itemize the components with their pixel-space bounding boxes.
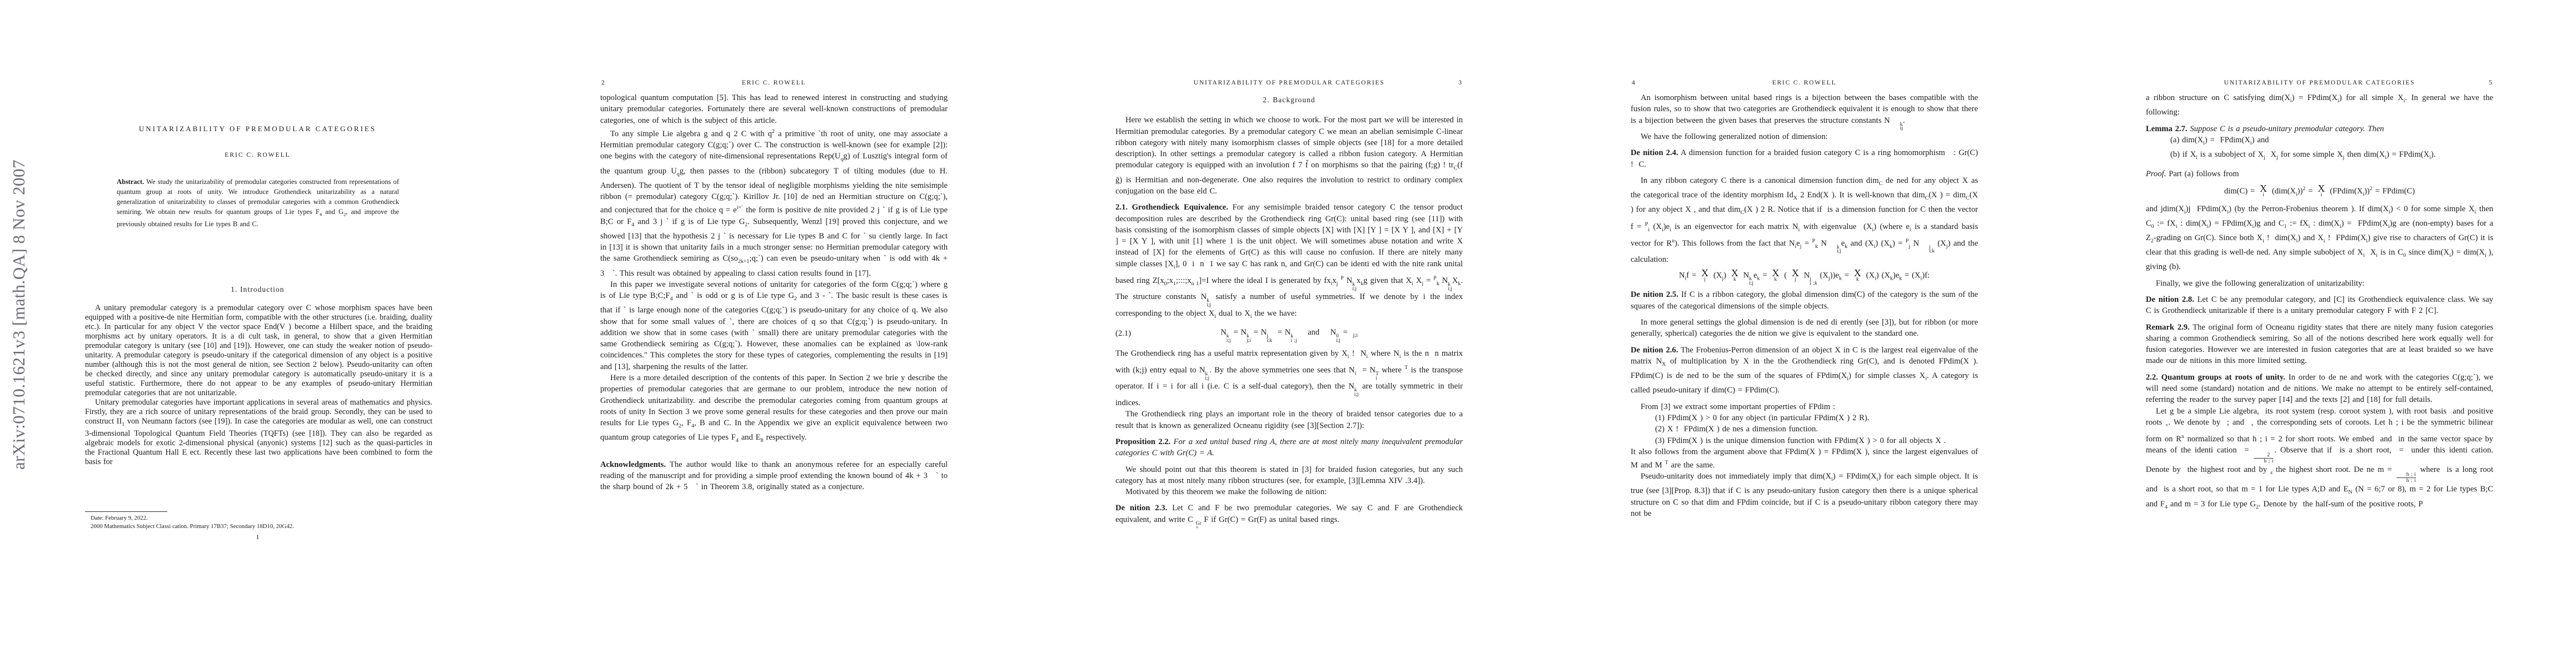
paragraph: The Grothendieck ring plays an important… <box>1115 409 1463 431</box>
page-3: UNITARIZABILITY OF PREMODULAR CATEGORIES… <box>1030 0 1546 667</box>
list-item: (2) X ! FPdim(X ) de nes a dimension fun… <box>1655 424 1978 435</box>
page-5: UNITARIZABILITY OF PREMODULAR CATEGORIES… <box>2061 0 2576 667</box>
equation-body: Nki;j = Nkj;i = Nji;k = Nki ;j and N0i;j… <box>1220 328 1358 337</box>
definition-2-6: De nition 2.6. The Frobenius-Perron dime… <box>1631 345 1978 396</box>
paper-title: UNITARIZABILITY OF PREMODULAR CATEGORIES <box>0 125 515 133</box>
footnote-msc: 2000 Mathematics Subject Classi cation. … <box>85 522 432 531</box>
definition-2-5: De nition 2.5. If C is a ribbon category… <box>1631 289 1978 312</box>
page-4: 4 ERIC C. ROWELL An isomorphism between … <box>1546 0 2061 667</box>
acknowledgments: Acknowledgments. The author would like t… <box>600 459 948 493</box>
list-item: (3) FPdim(X ) is the unique dimension fu… <box>1655 435 1978 446</box>
page-number: 1 <box>0 533 515 541</box>
paragraph: An isomorphism between unital based ring… <box>1631 92 1978 131</box>
display-equation: dim(C) = Xi (dim(Xi))2 = Xi (FPdim(Xi))2… <box>2146 183 2493 200</box>
section-heading-introduction: 1. Introduction <box>0 285 515 294</box>
page-4-body: An isomorphism between unital based ring… <box>1631 92 1978 519</box>
paragraph: A unitary premodular category is a premo… <box>85 303 432 398</box>
abstract: Abstract. We study the unitarizability o… <box>117 177 399 229</box>
page-number: 4 <box>1632 79 1635 86</box>
display-equation: Nif = Xj (Xj) Xk Nki;jek = Xk ( Xj Nji ;… <box>1631 269 1978 286</box>
paragraph: In this paper we investigate several not… <box>600 279 948 372</box>
proof-lead: Proof. Part (a) follows from <box>2146 168 2493 180</box>
section-heading-background: 2. Background <box>1115 94 1463 106</box>
equation-2-1: (2.1) Nki;j = Nkj;i = Nji;k = Nki ;j and… <box>1115 327 1463 344</box>
running-head-title: ERIC C. ROWELL <box>600 79 948 86</box>
footnote-date: Date: February 9, 2022. <box>85 514 432 522</box>
paragraph: Motivated by this theorem we make the fo… <box>1115 486 1463 497</box>
page-2: 2 ERIC C. ROWELL topological quantum com… <box>515 0 1030 667</box>
paragraph: To any simple Lie algebra g and q 2 C wi… <box>600 126 948 279</box>
footnote-block: Date: February 9, 2022. 2000 Mathematics… <box>85 511 432 530</box>
paragraph: In any ribbon category C there is a cano… <box>1631 175 1978 265</box>
page-number: 2 <box>601 79 605 86</box>
paragraph: topological quantum computation [5]. Thi… <box>600 92 948 126</box>
subsection-grothendieck-equivalence: 2.1. Grothendieck Equivalence. For any s… <box>1115 202 1463 322</box>
paragraph: Finally, we give the following generaliz… <box>2146 278 2493 289</box>
page-number: 5 <box>2489 79 2492 86</box>
paragraph: and jdim(Xi)j FPdim(Xi) (by the Perron-F… <box>2146 203 2493 273</box>
page-2-body: topological quantum computation [5]. Thi… <box>600 92 948 493</box>
page-3-body: 2. Background Here we establish the sett… <box>1115 92 1463 530</box>
arxiv-watermark: arXiv:0710.1621v3 [math.QA] 8 Nov 2007 <box>9 161 30 470</box>
definition-2-4: De nition 2.4. A dimension function for … <box>1631 147 1978 170</box>
paragraph: Pseudo-unitarity does not immediately im… <box>1631 471 1978 519</box>
paragraph: It also follows from the argument above … <box>1631 446 1978 471</box>
lemma-item: (b) if Xi is a subobject of Xj Xj for so… <box>2170 149 2493 163</box>
paragraph: Here we establish the setting in which w… <box>1115 115 1463 197</box>
paragraph: Let g be a simple Lie algebra, its root … <box>2146 406 2493 513</box>
paragraph: The Grothendieck ring has a useful matri… <box>1115 348 1463 409</box>
paragraph: We have the following generalized notion… <box>1631 131 1978 142</box>
paper-author: ERIC C. ROWELL <box>0 152 515 158</box>
footnote-rule <box>85 511 167 512</box>
lemma-2-7: Lemma 2.7. Suppose C is a pseudo-unitary… <box>2146 123 2493 135</box>
page-1: arXiv:0710.1621v3 [math.QA] 8 Nov 2007 U… <box>0 0 515 667</box>
running-head-title: UNITARIZABILITY OF PREMODULAR CATEGORIES <box>1115 79 1463 86</box>
running-head-title: UNITARIZABILITY OF PREMODULAR CATEGORIES <box>2146 79 2493 86</box>
page-1-body: A unitary premodular category is a premo… <box>85 303 432 467</box>
list-item: (1) FPdim(X ) > 0 for any object (in par… <box>1655 412 1978 424</box>
definition-2-8: De nition 2.8. Let C be any premodular c… <box>2146 294 2493 317</box>
page-number: 3 <box>1458 79 1462 86</box>
remark-2-9: Remark 2.9. The original form of Ocneanu… <box>2146 322 2493 367</box>
running-head-title: ERIC C. ROWELL <box>1631 79 1978 86</box>
paragraph: Here is a more detailed description of t… <box>600 372 948 447</box>
paragraph: In more general settings the global dime… <box>1631 317 1978 340</box>
paragraph: Unitary premodular categories have impor… <box>85 398 432 467</box>
subsection-quantum-groups: 2.2. Quantum groups at roots of unity. I… <box>2146 372 2493 406</box>
running-head: 2 ERIC C. ROWELL <box>600 79 948 86</box>
running-head: UNITARIZABILITY OF PREMODULAR CATEGORIES… <box>2146 79 2493 86</box>
paragraph: We should point out that this theorem is… <box>1115 464 1463 487</box>
paper-spread: { "watermark": {"text": "arXiv:0710.1621… <box>0 0 2576 667</box>
lemma-item: (a) dim(Xi) = FPdim(Xi) and <box>2170 135 2493 149</box>
page-5-body: a ribbon structure on C satisfying dim(X… <box>2146 92 2493 513</box>
equation-label: (2.1) <box>1115 328 1131 339</box>
running-head: 4 ERIC C. ROWELL <box>1631 79 1978 86</box>
running-head: UNITARIZABILITY OF PREMODULAR CATEGORIES… <box>1115 79 1463 86</box>
paragraph: a ribbon structure on C satisfying dim(X… <box>2146 92 2493 118</box>
paragraph: From [3] we extract some important prope… <box>1631 401 1978 412</box>
proposition-2-2: Proposition 2.2. For a xed unital based … <box>1115 436 1463 459</box>
definition-2-3: De nition 2.3. Let C and F be two premod… <box>1115 502 1463 530</box>
